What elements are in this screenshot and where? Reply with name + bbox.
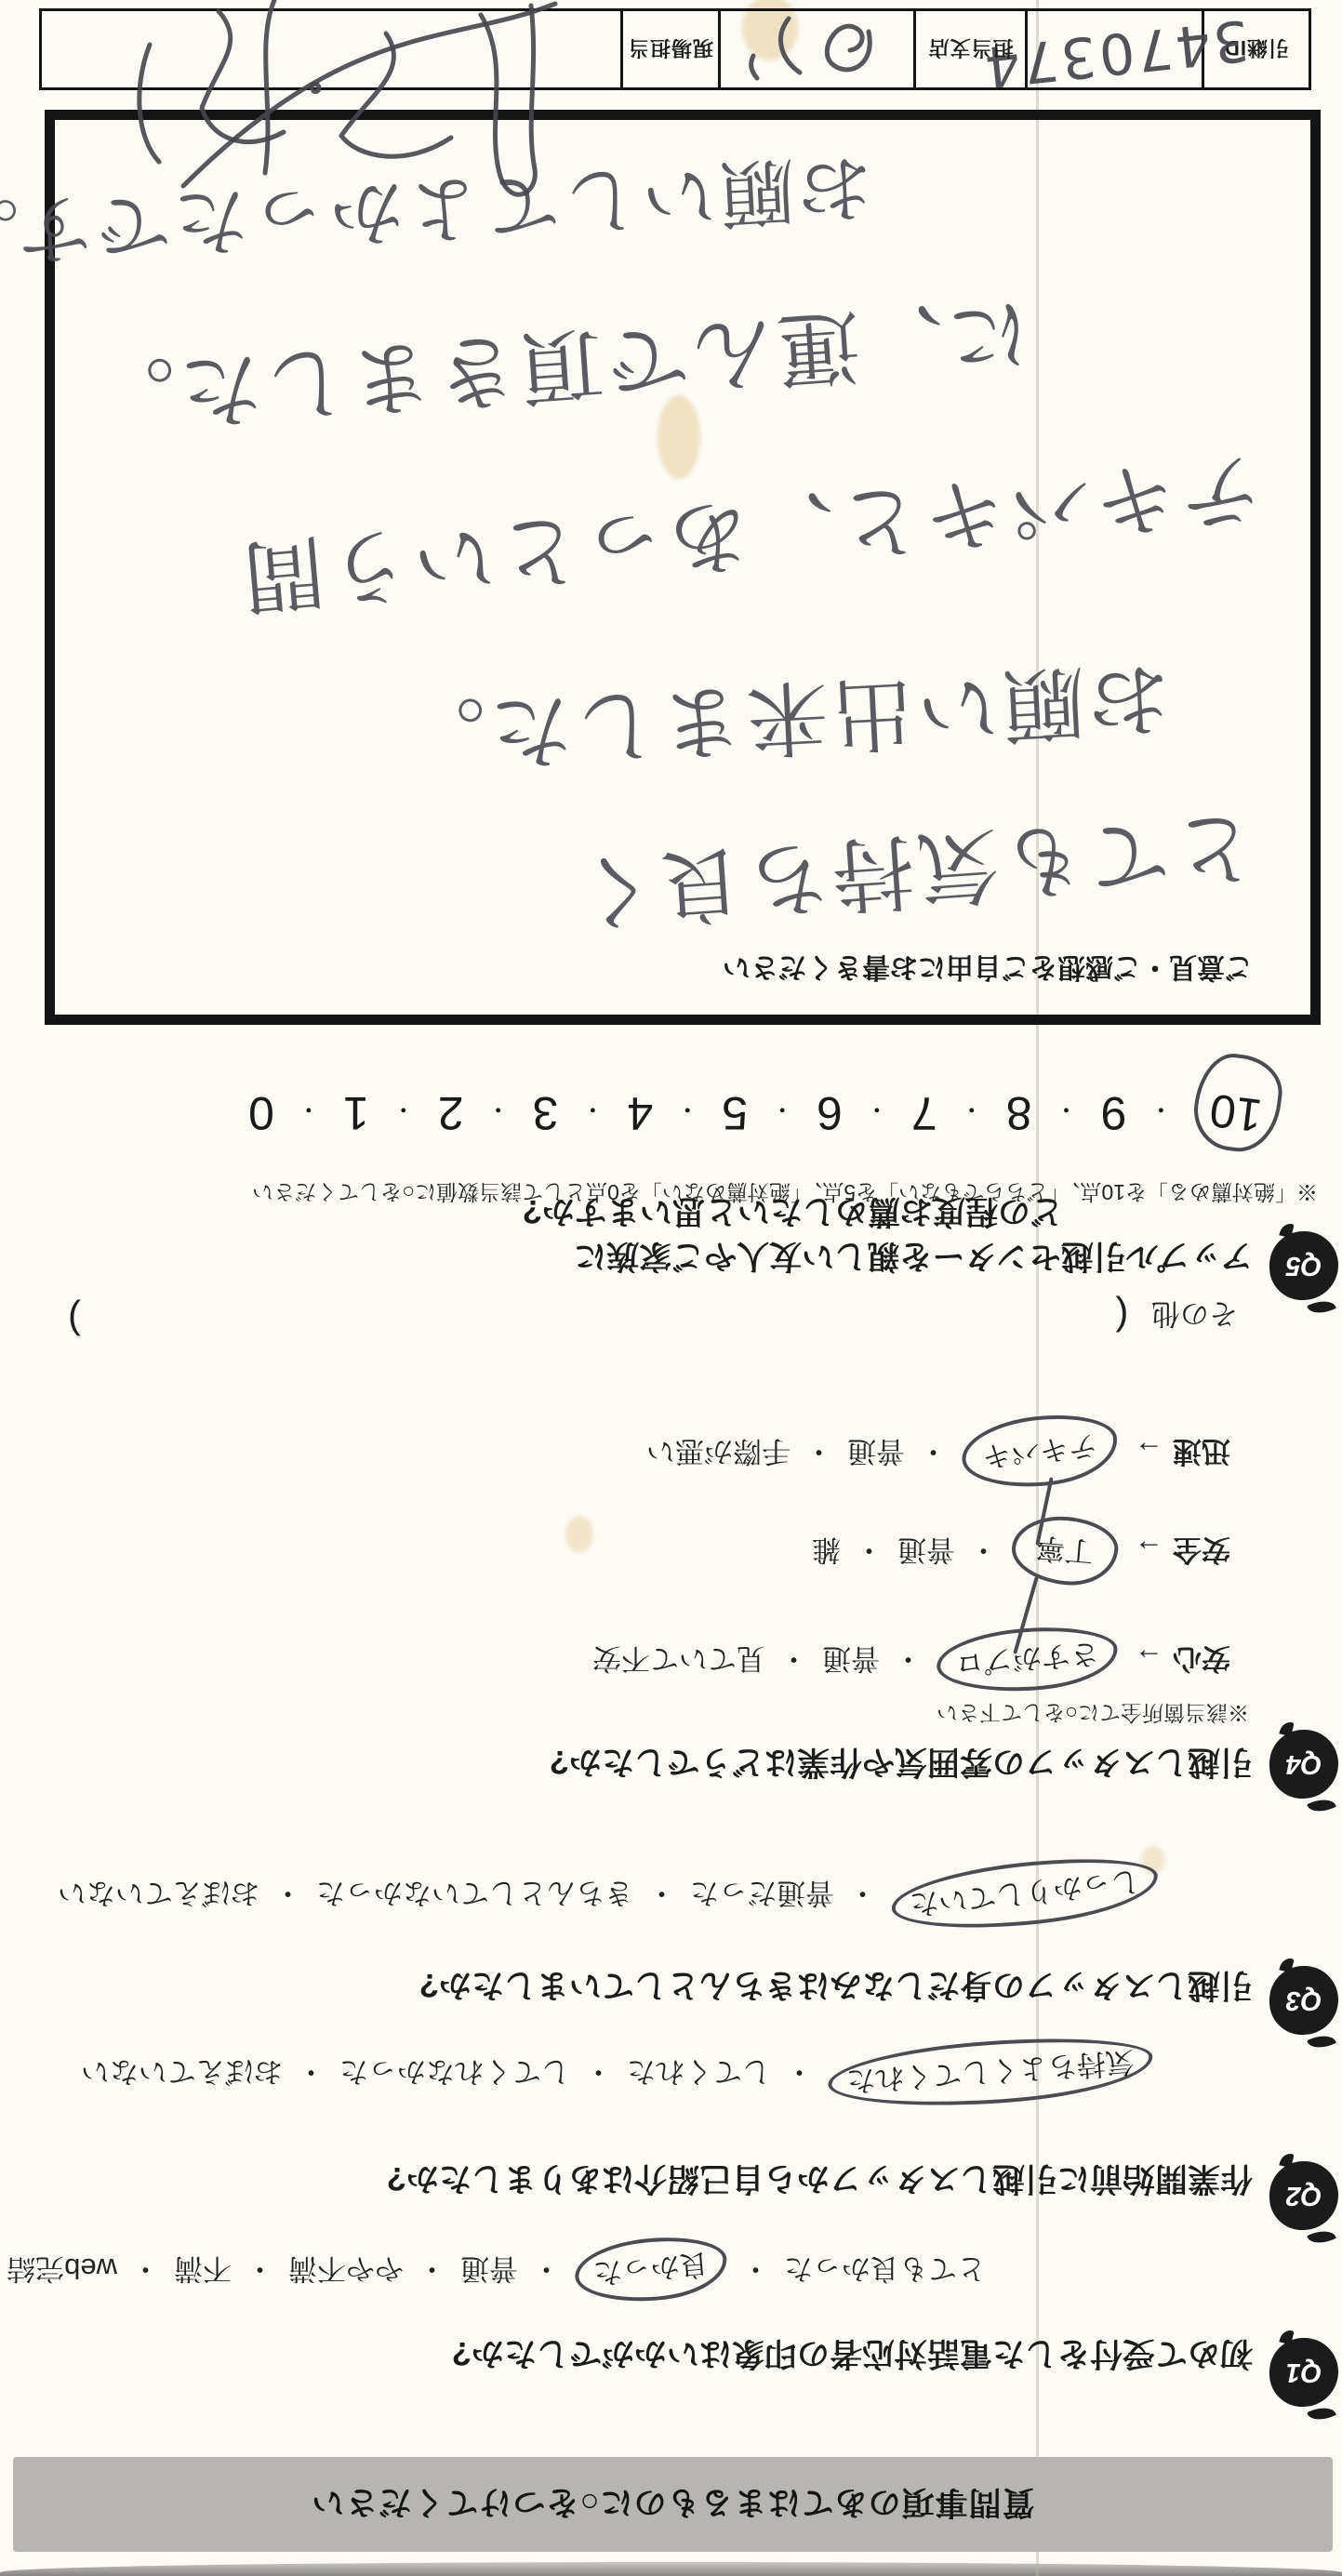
q3-badge: Q3 (1269, 1966, 1338, 2035)
scale-dot: ・ (770, 1095, 794, 1129)
q1-question: 初めて受付をした電話対応者の印象はいかがでしたか? (452, 2332, 1253, 2379)
option-separator: ・ (969, 1534, 998, 1566)
scale-dot: ・ (486, 1095, 511, 1129)
q3-option: きちんとしていなかった (316, 1877, 633, 1909)
scan-edge-shadow (0, 2562, 1342, 2576)
q4-row-anzen: 安全→丁寧・普通・雑 (812, 1517, 1230, 1585)
q4-option: 手際が悪い (646, 1435, 791, 1467)
option-separator: ・ (894, 1642, 923, 1675)
q4-option: 見ていて不安 (592, 1642, 765, 1675)
q5-badge-label: Q5 (1286, 1251, 1322, 1281)
q2-badge-label: Q2 (1286, 2181, 1322, 2211)
option-separator: ・ (741, 2252, 770, 2285)
nps-value: 7 (911, 1086, 937, 1140)
q3-option: 普通だった (690, 1877, 834, 1909)
q4-row-anshin: 安心→さすがプロ・普通・見ていて不安 (592, 1628, 1230, 1691)
handwritten-comment-line: とても気持ち良く (568, 793, 1259, 958)
nps-scale: 10・9・8・7・6・5・4・3・2・1・0 (248, 1082, 1281, 1144)
q4-row3-selected-option-circle: テキパキ (959, 1408, 1122, 1494)
scale-dot: ・ (297, 1095, 321, 1129)
q4-other-paren-close: ) (68, 1298, 81, 1343)
q4-other-paren-open: ( (1115, 1295, 1128, 1339)
q2-option: してくれなかった (339, 2055, 570, 2088)
scale-dot: ・ (1055, 1095, 1079, 1129)
option-separator: ・ (297, 2055, 326, 2088)
handwritten-comment-line: テキパキと、あっという間 (234, 436, 1267, 643)
q2-option: してくれた (627, 2055, 771, 2088)
option-separator: ・ (131, 2252, 160, 2285)
q4-row-label: 安心 (1173, 1642, 1230, 1675)
q5-question-line1: アップル引越センターを親しい友人やご家族に (574, 1235, 1253, 1281)
handwritten-comment-line: に、運んで頂きました。 (87, 281, 1034, 463)
scale-dot: ・ (392, 1095, 416, 1129)
q1-option: web完結 (7, 2252, 117, 2285)
q1-option: 不満 (174, 2252, 232, 2285)
option-separator: ・ (273, 1877, 302, 1909)
option-separator: ・ (919, 1435, 948, 1467)
cell-site-staff-signature (42, 11, 620, 87)
q4-option: 普通 (822, 1642, 880, 1675)
handwritten-branch-scribble (718, 0, 904, 104)
handwritten-signature (36, 0, 620, 227)
nps-value: 8 (1006, 1086, 1032, 1140)
q2-options: 気持ちよくしてくれた・してくれた・してくれなかった・おぼえていない (81, 2041, 1153, 2104)
q1-option: 普通 (460, 2252, 518, 2285)
nps-value: 1 (343, 1086, 369, 1140)
branch-label: 担当支店 (928, 35, 1014, 64)
q3-question: 引越しスタッフの身だしなみはきちんとしていましたか? (419, 1964, 1253, 2011)
q2-selected-option-circle: 気持ちよくしてくれた (826, 2030, 1155, 2115)
scale-dot: ・ (675, 1095, 699, 1129)
nps-value: 5 (722, 1086, 748, 1140)
cell-branch-value (718, 11, 913, 87)
nps-value: 3 (533, 1086, 559, 1140)
q4-row-jinsoku: 迅速→テキパキ・普通・手際が悪い (646, 1416, 1230, 1486)
scale-dot: ・ (580, 1095, 605, 1129)
q4-other-label: その他 (1151, 1297, 1238, 1330)
q1-options: とても良かった・良かった・普通・やや不満・不満・web完結 (7, 2238, 986, 2301)
scanned-survey-screenshot: 質問事項のあてはまるものに○をつけてください Q1 初めて受付をした電話対応者の… (0, 0, 1342, 2576)
nps-value: 6 (817, 1086, 843, 1140)
arrow-right: → (1135, 1642, 1163, 1675)
nps-value: 2 (438, 1086, 464, 1140)
comment-box-label: ご意見・ご感想をご自由にお書きください (723, 949, 1253, 990)
option-separator: ・ (246, 2252, 274, 2285)
q1-badge-label: Q1 (1286, 2357, 1322, 2388)
cell-branch-label: 担当支店 (913, 11, 1025, 87)
q4-row2-selected-option-circle: 丁寧 (1009, 1512, 1121, 1589)
comment-box: ご意見・ご感想をご自由にお書きください とても気持ち良く お願い出来ました。 テ… (45, 110, 1321, 1025)
site-staff-label: 現場担当 (628, 35, 713, 64)
option-separator: ・ (855, 1534, 884, 1566)
q2-option: おぼえていない (81, 2055, 283, 2088)
option-separator: ・ (779, 1642, 808, 1675)
nps-value: 0 (248, 1086, 274, 1140)
q4-note: ※該当箇所全てに○をして下さい (937, 1699, 1249, 1730)
paper-stain (565, 1516, 593, 1553)
instruction-bar: 質問事項のあてはまるものに○をつけてください (13, 2457, 1333, 2552)
option-separator: ・ (418, 2252, 446, 2285)
q4-option: 雑 (812, 1534, 841, 1566)
q2-question: 作業開始前に引越しスタッフから自己紹介はありましたか? (387, 2158, 1253, 2204)
q1-selected-option-circle: 良かった (572, 2232, 729, 2307)
option-separator: ・ (785, 2055, 814, 2088)
q3-selected-option-circle: しっかりしていた (888, 1849, 1161, 1939)
q1-option: とても良かった (784, 2252, 986, 2285)
q3-badge-label: Q3 (1286, 1985, 1322, 2016)
cell-handover-id-value: 3470374 (1025, 11, 1202, 87)
q4-question: 引越しスタッフの雰囲気や作業はどうでしたか? (550, 1741, 1253, 1787)
q3-option: おぼえていない (58, 1877, 259, 1909)
survey-paper-upside-down: 質問事項のあてはまるものに○をつけてください Q1 初めて受付をした電話対応者の… (0, 0, 1342, 2576)
q4-row1-selected-option-circle: さすがプロ (935, 1622, 1120, 1696)
arrow-right: → (1135, 1435, 1163, 1467)
scale-dot: ・ (960, 1095, 984, 1129)
option-separator: ・ (804, 1435, 833, 1467)
q1-option: やや不満 (288, 2252, 404, 2285)
option-separator: ・ (647, 1877, 676, 1909)
q3-options: しっかりしていた・普通だった・きちんとしていなかった・おぼえていない (58, 1863, 1159, 1925)
handwritten-comment-line: お願い出来ました。 (398, 644, 1173, 802)
option-separator: ・ (584, 2055, 613, 2088)
nps-value: 4 (627, 1086, 653, 1140)
q2-badge: Q2 (1269, 2161, 1338, 2230)
q4-row-label: 迅速 (1173, 1435, 1230, 1467)
q4-badge: Q4 (1269, 1730, 1338, 1799)
arrow-right: → (1135, 1534, 1163, 1566)
q1-badge: Q1 (1269, 2338, 1338, 2407)
q4-other-row: その他 ( (1115, 1295, 1238, 1339)
q4-badge-label: Q4 (1286, 1749, 1322, 1780)
nps-selected-10-circle: 10 (1189, 1050, 1286, 1156)
option-separator: ・ (532, 2252, 561, 2285)
office-use-table: 引継ID 3470374 担当支店 現場担当 (39, 8, 1311, 90)
scale-dot: ・ (865, 1095, 889, 1129)
q5-note: ※「絶対薦める」を10点、「どちらでもない」を5点、「絶対薦めない」を0点として… (252, 1178, 1318, 1209)
q5-badge: Q5 (1269, 1231, 1338, 1300)
cell-site-staff-label: 現場担当 (620, 11, 718, 87)
q4-option: 普通 (897, 1534, 955, 1566)
q4-option: 普通 (847, 1435, 905, 1467)
option-separator: ・ (848, 1877, 877, 1909)
scale-dot: ・ (1149, 1095, 1173, 1129)
nps-value: 9 (1101, 1086, 1127, 1140)
q4-row-label: 安全 (1173, 1534, 1230, 1566)
